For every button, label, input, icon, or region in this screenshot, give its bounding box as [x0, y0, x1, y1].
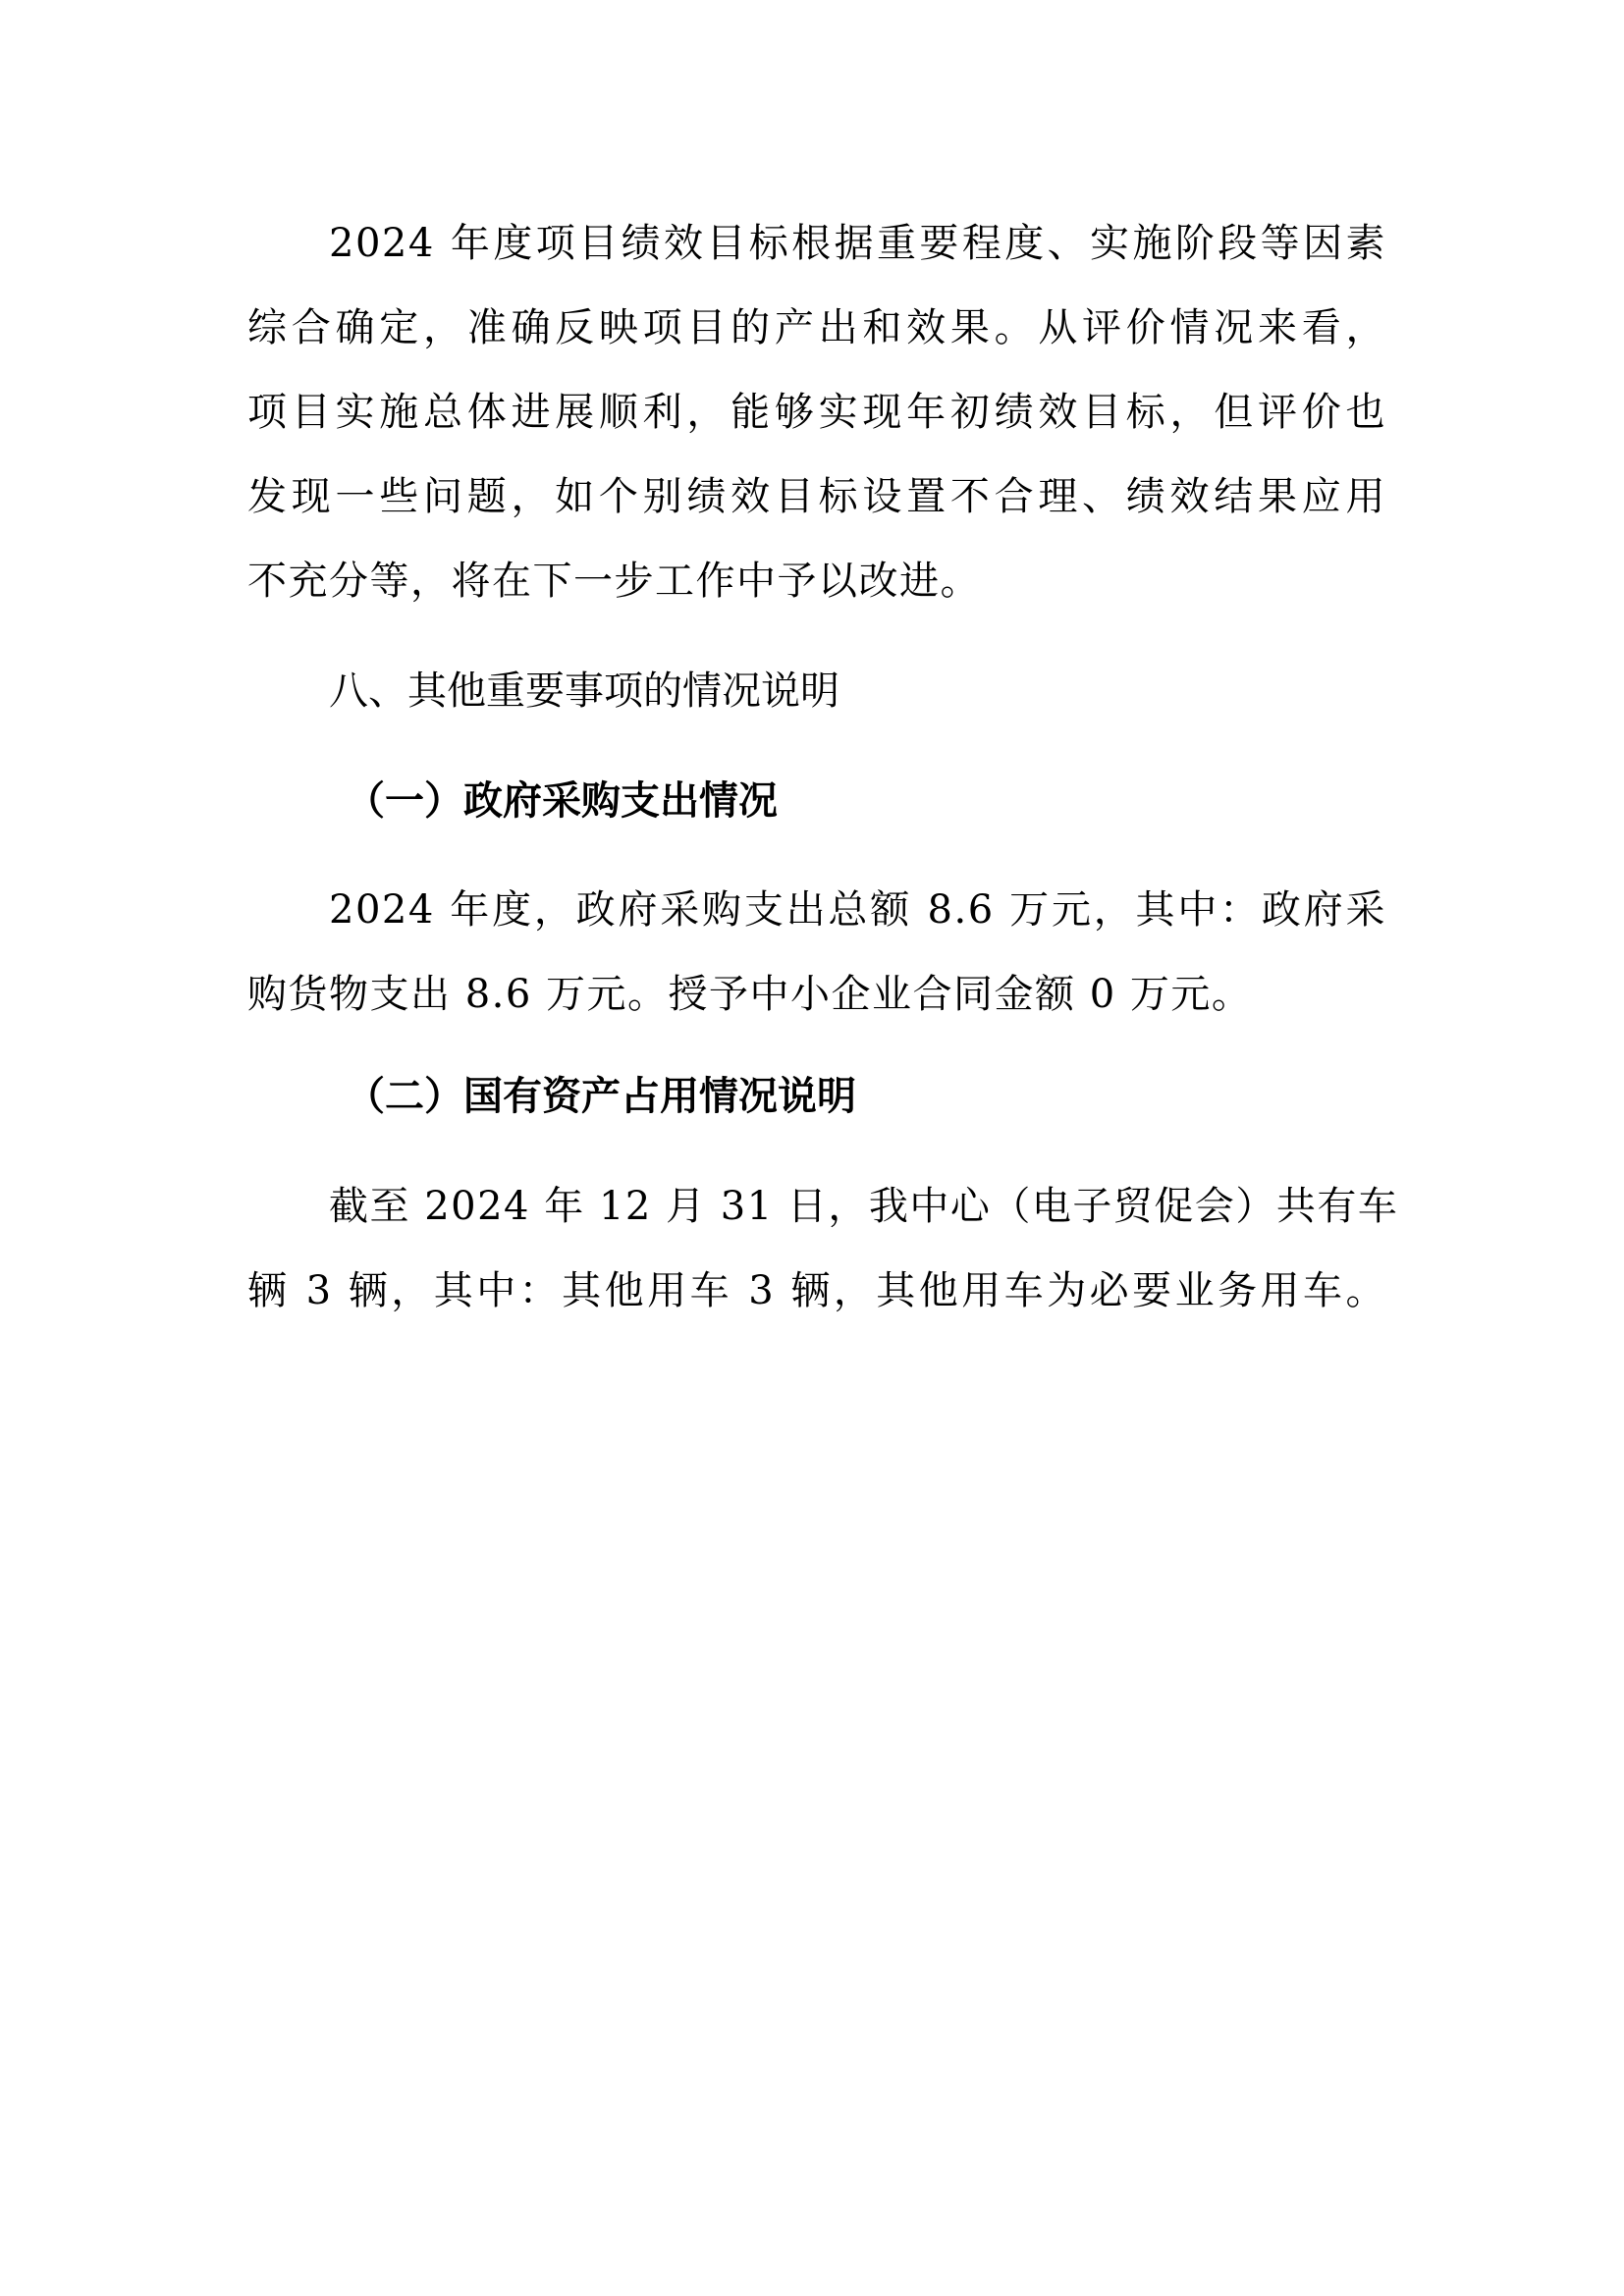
- paragraph-line: 购货物支出 8.6 万元。授予中小企业合同金额 0 万元。: [247, 971, 1386, 1018]
- paragraph-line: 发现一些问题，如个别绩效目标设置不合理、绩效结果应用: [247, 473, 1386, 520]
- subsection-heading-procurement: （一）政府采购支出情况: [346, 777, 778, 825]
- paragraph-line: 2024 年度，政府采购支出总额 8.6 万元，其中：政府采: [329, 886, 1386, 934]
- section-heading: 八、其他重要事项的情况说明: [329, 667, 839, 715]
- paragraph-line: 不充分等，将在下一步工作中予以改进。: [247, 558, 1386, 605]
- paragraph-line: 截至 2024 年 12 月 31 日，我中心（电子贸促会）共有车: [329, 1183, 1386, 1230]
- document-page: 2024 年度项目绩效目标根据重要程度、实施阶段等因素 综合确定，准确反映项目的…: [0, 0, 1624, 2296]
- paragraph-line: 辆 3 辆，其中：其他用车 3 辆，其他用车为必要业务用车。: [247, 1267, 1386, 1314]
- paragraph-line: 综合确定，准确反映项目的产出和效果。从评价情况来看，: [247, 304, 1386, 351]
- subsection-heading-assets: （二）国有资产占用情况说明: [346, 1073, 856, 1120]
- paragraph-line: 2024 年度项目绩效目标根据重要程度、实施阶段等因素: [329, 220, 1386, 267]
- paragraph-line: 项目实施总体进展顺利，能够实现年初绩效目标，但评价也: [247, 389, 1386, 436]
